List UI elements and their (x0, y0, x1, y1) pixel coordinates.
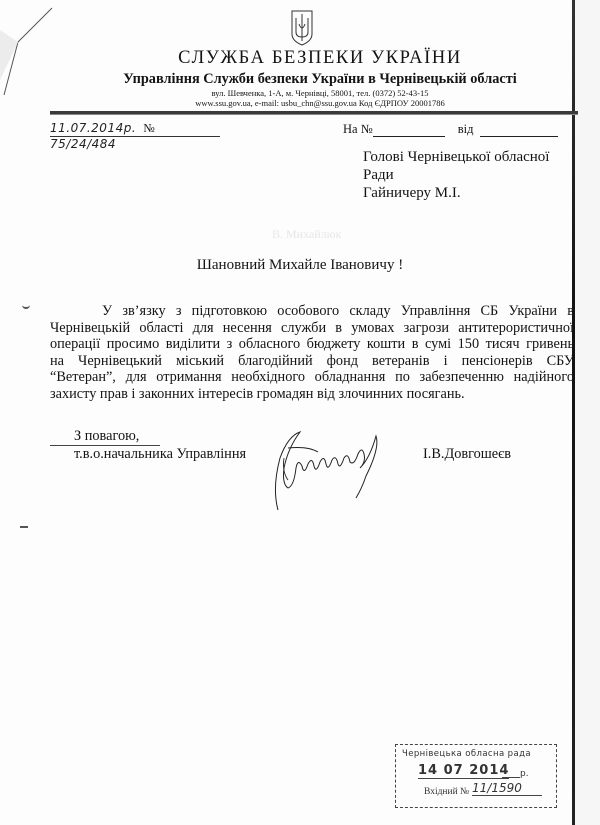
letterhead-divider (50, 111, 578, 115)
addressee-line: Голові Чернівецької обласної (363, 148, 549, 166)
stamp-organization: Чернівецька обласна рада (402, 749, 531, 759)
reference-number-label: На № (343, 122, 373, 136)
stamp-year-underline (502, 777, 520, 778)
scanned-letter-page: В. Михайлюк СЛУЖБА БЕЗПЕКИ УКРАЇНИ Управ… (0, 0, 600, 825)
outgoing-number: 75/24/484 (50, 137, 116, 151)
reference-number-blank (373, 124, 445, 137)
trident-coat-of-arms-icon (291, 10, 313, 46)
stamp-date: 14 07 2014 (418, 763, 509, 779)
organization-title: СЛУЖБА БЕЗПЕКИ УКРАЇНИ (0, 48, 600, 69)
organization-subtitle: Управління Служби безпеки України в Черн… (0, 71, 600, 88)
closing-regards: З повагою, (74, 428, 139, 444)
body-line: У зв’язку з підготовкою особового складу… (74, 303, 574, 320)
addressee-block: Голові Чернівецької обласної Ради Гайнич… (363, 148, 549, 202)
stamp-incoming-number: 11/1590 (472, 781, 542, 796)
addressee-line: Гайничеру М.І. (363, 184, 549, 202)
addressee-line: Ради (363, 166, 549, 184)
letter-body: У зв’язку з підготовкою особового складу… (74, 303, 574, 403)
organization-contacts: www.ssu.gov.ua, e-mail: usbu_chn@ssu.gov… (0, 98, 600, 108)
body-line: Чернівецькій області для несення служби … (50, 320, 574, 337)
body-line: на Чернівецький міський благодійний фонд… (50, 353, 574, 370)
signer-name: І.В.Довгошеєв (423, 446, 511, 463)
body-line: захисту прав і законних інтересів громад… (50, 386, 574, 403)
outgoing-number-label: № (143, 121, 154, 135)
body-line: операції просимо виділити з обласного бю… (50, 336, 574, 353)
bleed-through-text: В. Михайлюк (272, 227, 341, 242)
reference-date-blank (480, 124, 558, 137)
scan-mark (20, 526, 28, 528)
signer-position: т.в.о.начальника Управління (74, 446, 246, 463)
body-line: “Ветеран”, для отримання необхідного обл… (50, 369, 574, 386)
organization-address: вул. Шевченка, 1-А, м. Чернівці, 58001, … (0, 88, 600, 98)
stamp-year-suffix: р. (520, 769, 529, 779)
outgoing-registration: 11.07.2014р. № 75/24/484 (50, 120, 220, 137)
scan-mark (22, 304, 30, 309)
stamp-incoming-label: Вхідний № (424, 787, 469, 797)
reference-line: На № від (343, 122, 578, 137)
salutation: Шановний Михайле Івановичу ! (0, 257, 600, 274)
scan-border-strip (575, 0, 600, 825)
handwritten-signature (258, 428, 398, 518)
outgoing-date: 11.07.2014р. (50, 121, 136, 135)
reference-date-label: від (458, 122, 474, 136)
incoming-registration-stamp: Чернівецька обласна рада 14 07 2014 р. В… (395, 744, 557, 808)
